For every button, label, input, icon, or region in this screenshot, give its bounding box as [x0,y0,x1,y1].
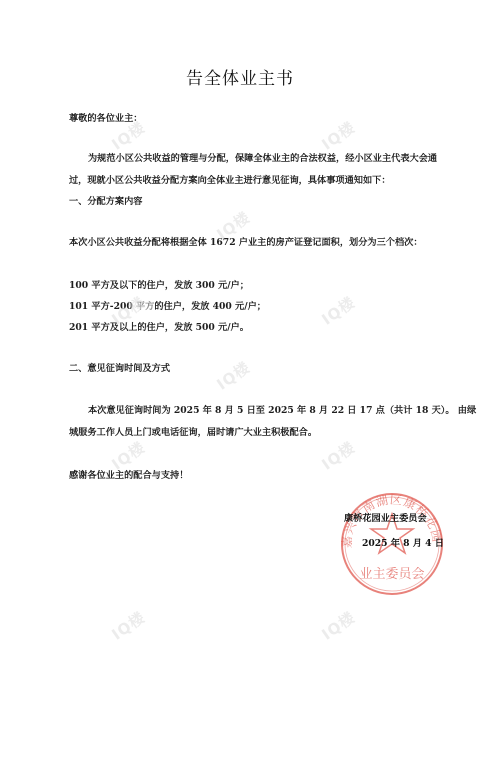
signature-organization: 康桥花园业主委员会 [344,510,427,524]
watermark: IQ楼 [212,356,254,394]
section1-summary: 本次小区公共收益分配将根据全体 1672 户业主的房产证登记面积，划分为三个档次… [69,237,423,249]
watermark: IQ楼 [317,436,359,474]
svg-text:业主委员会: 业主委员会 [359,567,424,582]
signature-date: 2025 年 8 月 4 日 [362,535,444,549]
tier-2-prefix: 101 平方-200 [69,301,136,312]
intro-line-1: 为规范小区公共收益的管理与分配，保障全体业主的合法权益，经小区业主代表大会通 [88,153,437,165]
document-page: 告全体业主书 尊敬的各位业主： 为规范小区公共收益的管理与分配，保障全体业主的合… [0,0,480,768]
intro-line-2: 过，现就小区公共收益分配方案向全体业主进行意见征询，具体事项通知如下： [69,175,391,187]
tier-1: 100 平方及以下的住户，发放 300 元/户； [69,280,249,292]
watermark: IQ楼 [317,606,359,644]
watermark: IQ楼 [107,606,149,644]
salutation: 尊敬的各位业主： [69,113,143,125]
tier-2-suffix: 的住户，发放 400 元/户； [154,301,266,312]
watermark: IQ楼 [317,116,359,154]
tier-2: 101 平方-200 平方的住户，发放 400 元/户； [69,301,266,313]
official-seal: 嘉兴市南湖区康桥花园 业主委员会 康桥花园业主委员会 2025 年 8 月 4 … [334,492,454,600]
section1-heading: 一、分配方案内容 [69,196,143,208]
document-title: 告全体业主书 [0,64,480,89]
section2-line-1: 本次意见征询时间为 2025 年 8 月 5 日至 2025 年 8 月 22 … [88,405,476,417]
tier-3: 201 平方及以上的住户，发放 500 元/户。 [69,322,249,334]
section2-heading: 二、意见征询时间及方式 [69,363,170,375]
closing-line: 感谢各位业主的配合与支持！ [69,470,188,482]
section2-line-2: 城服务工作人员上门或电话征询，届时请广大业主积极配合。 [69,427,317,439]
watermark: IQ楼 [107,436,149,474]
tier-2-light: 平方 [136,301,154,312]
watermark: IQ楼 [317,291,359,329]
